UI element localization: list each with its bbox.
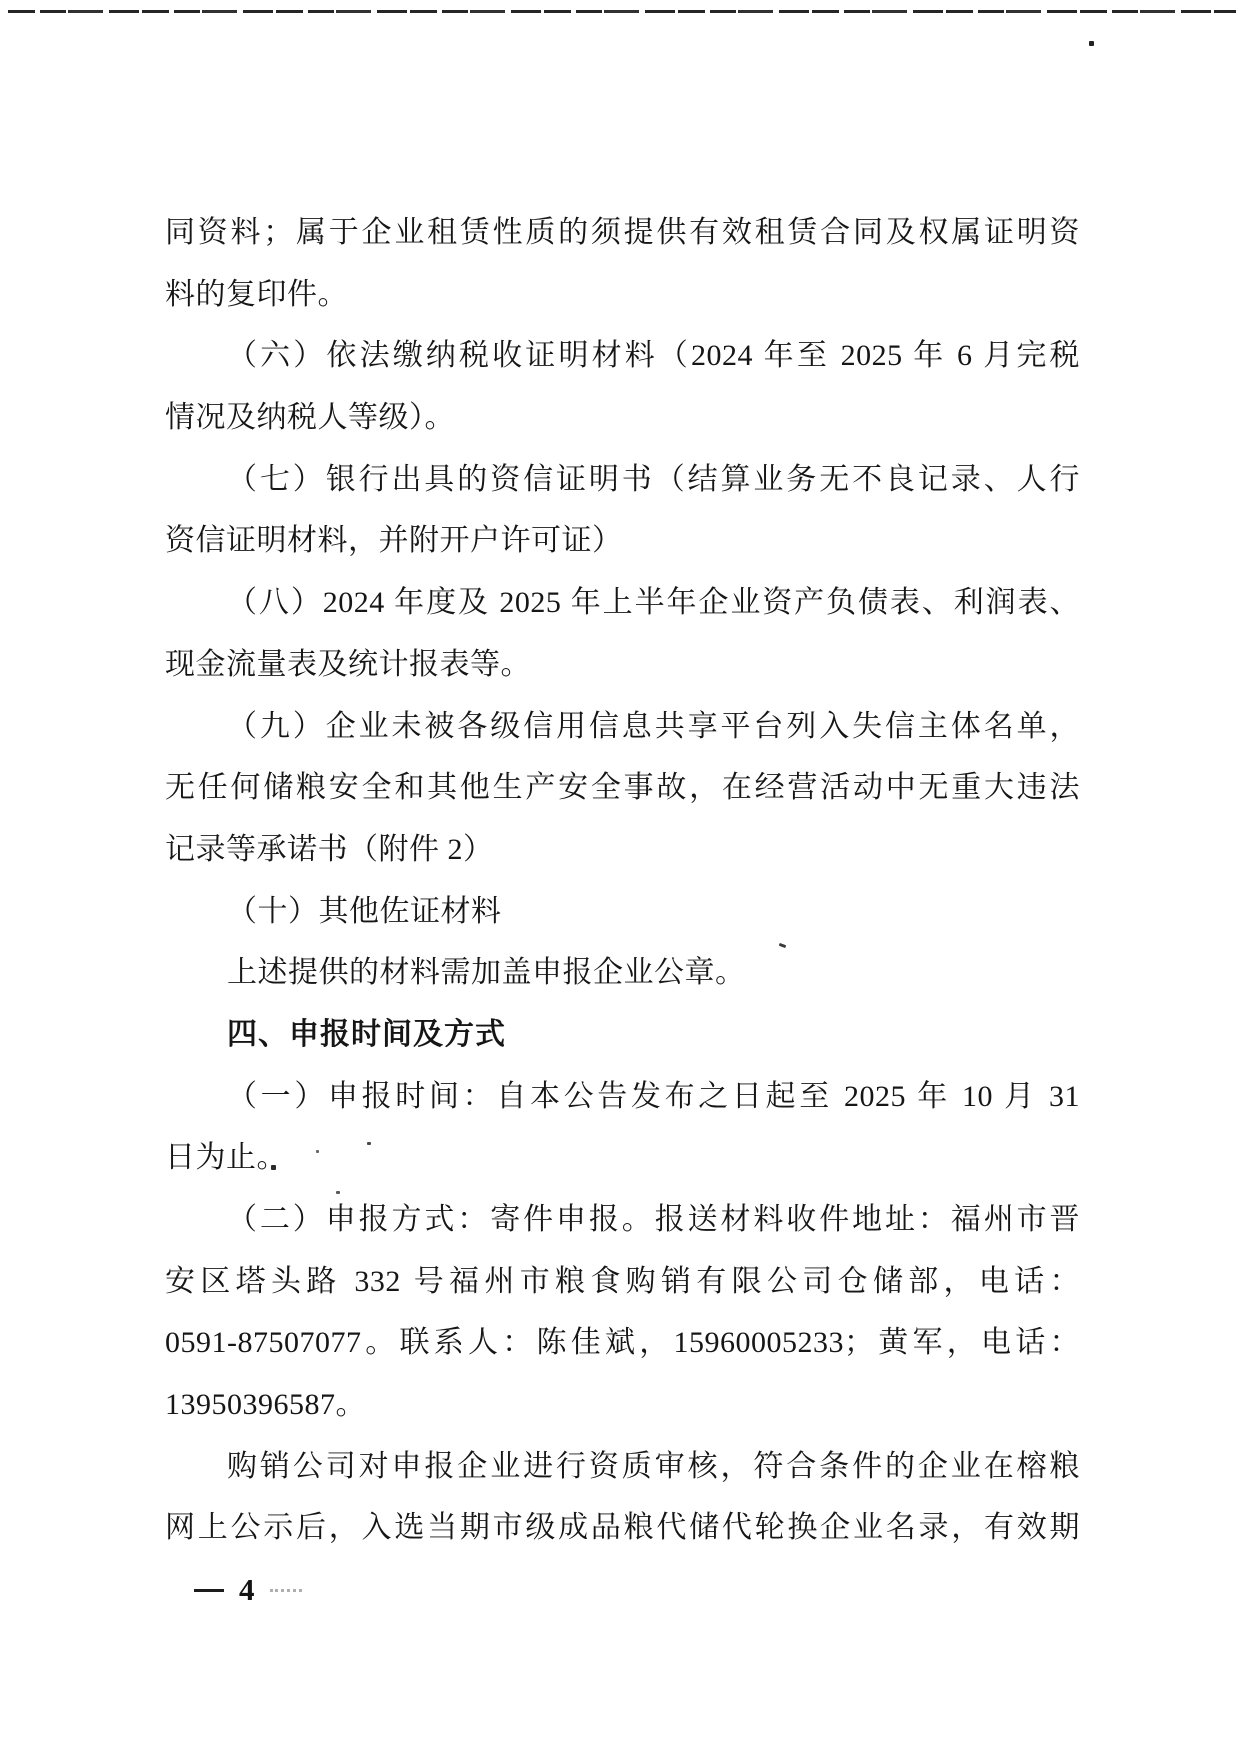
footer-page-number: 4 — [239, 1566, 255, 1614]
text-line: （八）2024 年度及 2025 年上半年企业资产负债表、利润表、 — [165, 572, 1080, 634]
text-line: （一）申报时间：自本公告发布之日起至 2025 年 10 月 31 — [165, 1066, 1080, 1128]
scanned-document-page: 同资料；属于企业租赁性质的须提供有效租赁合同及权属证明资料的复印件。（六）依法缴… — [0, 0, 1241, 1755]
document-body: 同资料；属于企业租赁性质的须提供有效租赁合同及权属证明资料的复印件。（六）依法缴… — [165, 202, 1080, 1559]
text-line: 购销公司对申报企业进行资质审核，符合条件的企业在榕粮 — [165, 1436, 1080, 1498]
text-line: （七）银行出具的资信证明书（结算业务无不良记录、人行 — [165, 449, 1080, 511]
text-line: （九）企业未被各级信用信息共享平台列入失信主体名单， — [165, 696, 1080, 758]
text-line: 日为止。 — [165, 1127, 1080, 1189]
text-line: 情况及纳税人等级）。 — [165, 387, 1080, 449]
text-line: 上述提供的材料需加盖申报企业公章。 — [165, 942, 1080, 1004]
text-line: （六）依法缴纳税收证明材料（2024 年至 2025 年 6 月完税 — [165, 325, 1080, 387]
text-line: （二）申报方式：寄件申报。报送材料收件地址：福州市晋 — [165, 1189, 1080, 1251]
page-footer: 4 — [194, 1566, 302, 1614]
scan-speck — [1089, 41, 1094, 46]
footer-dash-left — [194, 1589, 224, 1592]
text-line: 料的复印件。 — [165, 264, 1080, 326]
footer-dash-right — [270, 1589, 302, 1592]
text-line: 无任何储粮安全和其他生产安全事故，在经营活动中无重大违法 — [165, 757, 1080, 819]
text-line: 安区塔头路 332 号福州市粮食购销有限公司仓储部，电话： — [165, 1251, 1080, 1313]
text-line: 现金流量表及统计报表等。 — [165, 634, 1080, 696]
text-line: 四、申报时间及方式 — [165, 1004, 1080, 1066]
text-line: 资信证明材料，并附开户许可证） — [165, 510, 1080, 572]
text-line: 记录等承诺书（附件 2） — [165, 819, 1080, 881]
text-line: 同资料；属于企业租赁性质的须提供有效租赁合同及权属证明资 — [165, 202, 1080, 264]
text-line: 网上公示后，入选当期市级成品粮代储代轮换企业名录，有效期 — [165, 1497, 1080, 1559]
text-line: （十）其他佐证材料 — [165, 881, 1080, 943]
scan-edge-line — [8, 10, 1236, 13]
text-line: 13950396587。 — [165, 1374, 1080, 1436]
text-line: 0591-87507077。联系人：陈佳斌，15960005233；黄军，电话： — [165, 1312, 1080, 1374]
